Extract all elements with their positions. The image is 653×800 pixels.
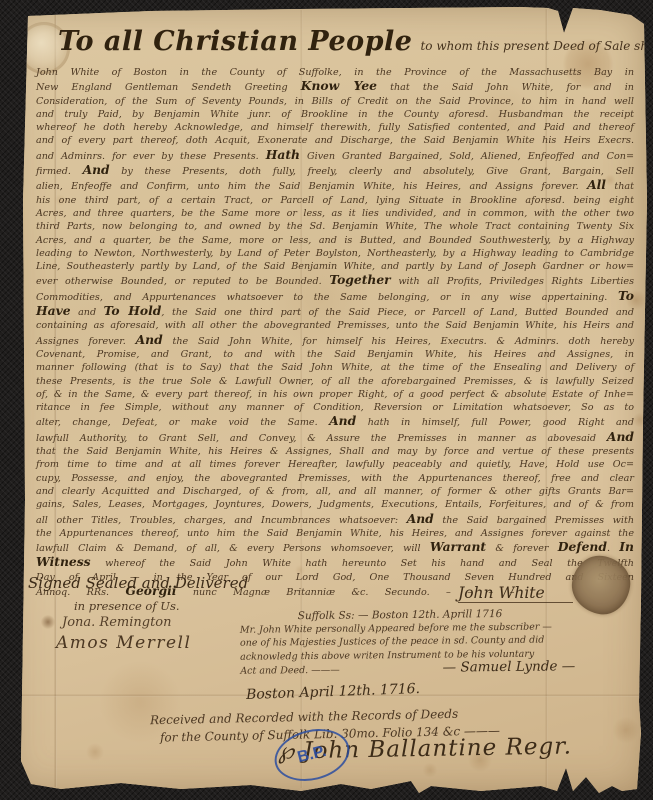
body-line: lawfull Claim & Demand, of all, & every … [36, 540, 634, 555]
witness-signature-remington: Jona. Remington [62, 615, 172, 630]
deed-body-text: John White of Boston in the County of Su… [36, 66, 634, 599]
witness-signature-merrell: Amos Merrell [56, 633, 191, 653]
body-line: Assignes forever. And the Said John Whit… [36, 333, 634, 348]
body-line: gains, Sales, Leases, Mortgages, Joyntur… [36, 498, 634, 511]
signed-sealed-delivered-text: Signed Sealed and Delivered [28, 574, 248, 592]
body-line: and clearly Acquitted and Discharged, of… [36, 485, 634, 498]
heading-tail-text: to whom this present Deed of Sale shall … [420, 39, 653, 53]
scanned-deed-page: { "page": { "background_color": "#201e1d… [0, 0, 653, 800]
body-line: Consideration, of the Sum of Seventy Pou… [36, 95, 634, 108]
grantor-signature-john-white: John White [458, 584, 573, 603]
body-line: leading to Newton, Northwesterly, by Lan… [36, 247, 634, 260]
body-line: containing as aforesaid, with all other … [36, 319, 634, 332]
body-line: from time to time and at all times forev… [36, 458, 634, 471]
body-line: Acres, and a quarter, be the Same, more … [36, 234, 634, 247]
body-line: alter, change, Defeat, or make void the … [36, 414, 634, 429]
parchment-paper: To all Christian Peopleto whom this pres… [0, 0, 653, 800]
body-line: and truly Paid, by Benjamin White junr. … [36, 108, 634, 121]
recording-line1: Received and Recorded with the Records o… [150, 707, 458, 727]
body-line: Line, Southeasterly partly by Land, of t… [36, 260, 634, 273]
body-line: and of every part thereof, doth Acquit, … [36, 134, 634, 147]
justice-signature-samuel-lynde: — Samuel Lynde — [443, 660, 576, 675]
body-line: and Adminrs. for ever by these Presents.… [36, 148, 634, 163]
body-line: manner following (that is to Say) that t… [36, 361, 634, 374]
recording-place-date: Boston April 12th. 1716. [246, 681, 420, 703]
body-line: Commodities, and Appurtenances whatsoeve… [36, 289, 634, 304]
body-line: cupy, Possesse, and enjoy, the abovegran… [36, 472, 634, 485]
body-line: that the Said Benjamin White, his Heires… [36, 445, 634, 458]
body-line: third Parts, now belonging to, and owned… [36, 220, 634, 233]
body-line: all other Titles, Troubles, charges, and… [36, 512, 634, 527]
body-line: his one third part, of a certain Tract, … [36, 194, 634, 207]
body-line: ritance in fee Simple, without any manne… [36, 401, 634, 414]
body-line: ever otherwise Bounded, or reputed to be… [36, 273, 634, 288]
body-line: Covenant, Promise, and Grant, to and wit… [36, 348, 634, 361]
body-line: the Appurtenances thereof, unto him the … [36, 527, 634, 540]
body-line: alien, Enfeoffe and Confirm, unto him th… [36, 178, 634, 193]
acknowledgment-block: Suffolk Ss: — Boston 12th. Aprill 1716 M… [240, 607, 576, 678]
body-line: firmed. And by these Presents, doth full… [36, 163, 634, 178]
in-presence-text: in presence of Us. [74, 599, 180, 613]
heading-opening-text: To all Christian People [58, 26, 412, 57]
deed-heading: To all Christian Peopleto whom this pres… [58, 26, 642, 57]
body-line: these Presents, is the true Sole & Lawfu… [36, 375, 634, 388]
body-line: Witness whereof the Said John White hath… [36, 555, 634, 570]
body-line: lawfull Authority, to Grant Sell, and Co… [36, 430, 634, 445]
body-line: of, & in the Same, & every part thereof,… [36, 388, 634, 401]
body-line: New England Gentleman Sendeth Greeting K… [36, 79, 634, 94]
act-and-deed-text: Act and Deed. ——— [240, 664, 340, 678]
body-line: Have and To Hold, the Said one third par… [36, 304, 634, 319]
body-line: whereof he doth hereby Acknowledge, and … [36, 121, 634, 134]
body-line: John White of Boston in the County of Su… [36, 66, 634, 79]
body-line: Acres, and three quarters, be the Same m… [36, 207, 634, 220]
bp-stamp-text: B.P. [296, 743, 329, 767]
